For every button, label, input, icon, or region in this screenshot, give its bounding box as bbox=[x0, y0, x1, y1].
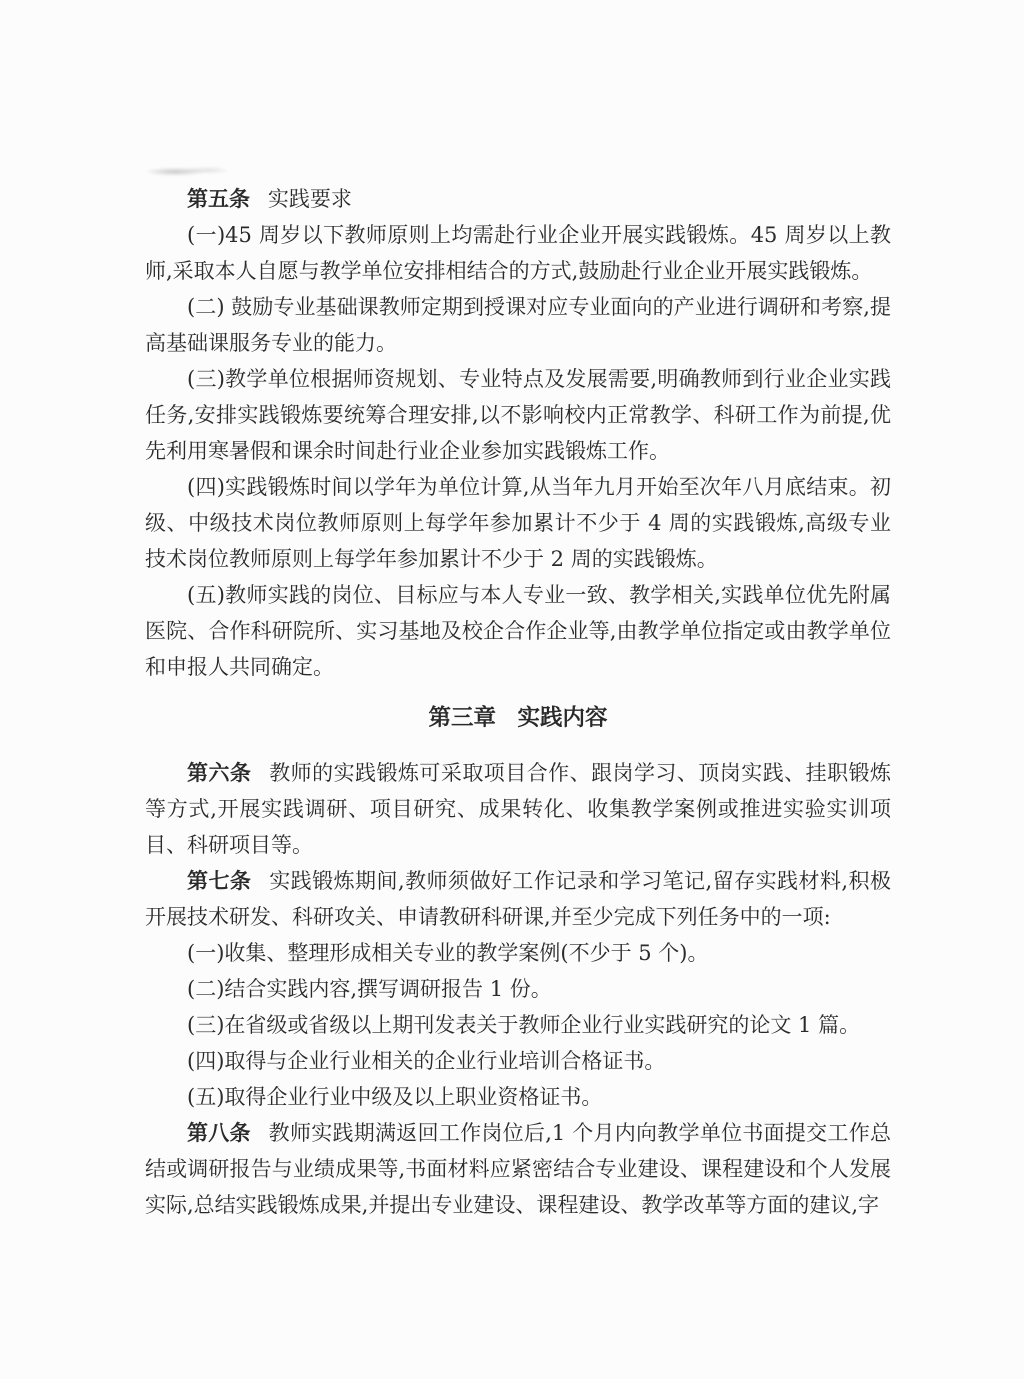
item-paragraph: (二)结合实践内容,撰写调研报告 1 份。 bbox=[145, 971, 891, 1007]
paragraph-text: 教师实践期满返回工作岗位后,1 个月内向教学单位书面提交工作总结或调研报告与业绩… bbox=[145, 1121, 891, 1217]
chapter-label: 第三章 bbox=[429, 705, 497, 731]
paragraph-text: 教师的实践锻炼可采取项目合作、跟岗学习、顶岗实践、挂职锻炼等方式,开展实践调研、… bbox=[145, 761, 891, 857]
paragraph-text: 实践要求 bbox=[268, 187, 352, 211]
paragraph-text: (一)收集、整理形成相关专业的教学案例(不少于 5 个)。 bbox=[187, 941, 708, 965]
article-paragraph: 第七条实践锻炼期间,教师须做好工作记录和学习笔记,留存实践材料,积极开展技术研发… bbox=[145, 863, 891, 935]
paragraph-text: (三)教学单位根据师资规划、专业特点及发展需要,明确教师到行业企业实践任务,安排… bbox=[145, 367, 891, 463]
article-label: 第七条 bbox=[187, 869, 251, 893]
paragraph-text: (一)45 周岁以下教师原则上均需赴行业企业开展实践锻炼。45 周岁以上教师,采… bbox=[145, 223, 891, 283]
article-paragraph: 第六条教师的实践锻炼可采取项目合作、跟岗学习、顶岗实践、挂职锻炼等方式,开展实践… bbox=[145, 755, 891, 863]
paragraph-text: (四)实践锻炼时间以学年为单位计算,从当年九月开始至次年八月底结束。初级、中级技… bbox=[145, 475, 891, 571]
item-paragraph: (五)教师实践的岗位、目标应与本人专业一致、教学相关,实践单位优先附属医院、合作… bbox=[145, 577, 891, 685]
paragraph-text: (二)结合实践内容,撰写调研报告 1 份。 bbox=[187, 977, 552, 1001]
item-paragraph: (一)收集、整理形成相关专业的教学案例(不少于 5 个)。 bbox=[145, 935, 891, 971]
article-paragraph: 第八条教师实践期满返回工作岗位后,1 个月内向教学单位书面提交工作总结或调研报告… bbox=[145, 1115, 891, 1223]
scan-smudge-artifact bbox=[147, 164, 227, 178]
paragraph-text: 实践内容 bbox=[517, 705, 607, 731]
document-content: 第五条实践要求(一)45 周岁以下教师原则上均需赴行业企业开展实践锻炼。45 周… bbox=[145, 181, 891, 1223]
item-paragraph: (四)实践锻炼时间以学年为单位计算,从当年九月开始至次年八月底结束。初级、中级技… bbox=[145, 469, 891, 577]
paragraph-text: (三)在省级或省级以上期刊发表关于教师企业行业实践研究的论文 1 篇。 bbox=[187, 1013, 860, 1037]
item-paragraph: (四)取得与企业行业相关的企业行业培训合格证书。 bbox=[145, 1043, 891, 1079]
paragraph-text: (二) 鼓励专业基础课教师定期到授课对应专业面向的产业进行调研和考察,提高基础课… bbox=[145, 295, 891, 355]
item-paragraph: (二) 鼓励专业基础课教师定期到授课对应专业面向的产业进行调研和考察,提高基础课… bbox=[145, 289, 891, 361]
article-label: 第六条 bbox=[187, 761, 251, 785]
paragraph-text: (五)教师实践的岗位、目标应与本人专业一致、教学相关,实践单位优先附属医院、合作… bbox=[145, 583, 891, 679]
document-page: 第五条实践要求(一)45 周岁以下教师原则上均需赴行业企业开展实践锻炼。45 周… bbox=[0, 0, 1024, 1379]
paragraph-text: (四)取得与企业行业相关的企业行业培训合格证书。 bbox=[187, 1049, 665, 1073]
paragraph-text: (五)取得企业行业中级及以上职业资格证书。 bbox=[187, 1085, 602, 1109]
item-paragraph: (三)在省级或省级以上期刊发表关于教师企业行业实践研究的论文 1 篇。 bbox=[145, 1007, 891, 1043]
chapter-heading: 第三章实践内容 bbox=[145, 700, 891, 736]
item-paragraph: (三)教学单位根据师资规划、专业特点及发展需要,明确教师到行业企业实践任务,安排… bbox=[145, 361, 891, 469]
item-paragraph: (一)45 周岁以下教师原则上均需赴行业企业开展实践锻炼。45 周岁以上教师,采… bbox=[145, 217, 891, 289]
article-label: 第五条 bbox=[187, 187, 250, 211]
article-label: 第八条 bbox=[187, 1121, 251, 1145]
item-paragraph: (五)取得企业行业中级及以上职业资格证书。 bbox=[145, 1079, 891, 1115]
article-paragraph: 第五条实践要求 bbox=[145, 181, 891, 217]
paragraph-text: 实践锻炼期间,教师须做好工作记录和学习笔记,留存实践材料,积极开展技术研发、科研… bbox=[145, 869, 891, 929]
